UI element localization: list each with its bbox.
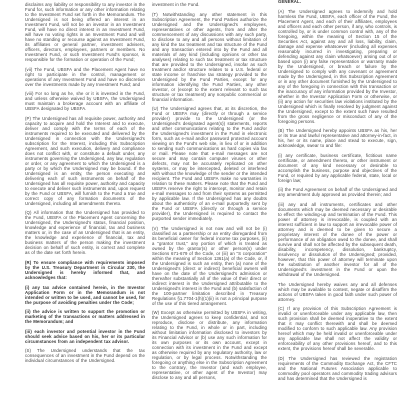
paragraph: (C) If any provision of this Subscriptio… — [278, 306, 397, 351]
paragraph: (ii) the advice is written to support th… — [25, 309, 145, 324]
paragraph: (R) To ensure compliance with requiremen… — [25, 260, 145, 280]
paragraph: (W) Except as otherwise permitted by UBS… — [152, 310, 267, 380]
paragraph: (i) any certificate, business certificat… — [278, 153, 397, 183]
paragraph: (P) The Undersigned has all requisite po… — [25, 116, 145, 206]
paragraph: (A) The Undersigned agrees to indemnify … — [278, 9, 397, 124]
paragraph: (iii) each investor and potential invest… — [25, 329, 145, 344]
paragraph: (iii) any and all instruments, certifica… — [278, 202, 397, 277]
section-heading: GENERAL. — [278, 0, 397, 4]
paragraph: disclaims any liability or responsibilit… — [25, 2, 145, 62]
paragraph: (B) The Undersigned hereby appoints UBSF… — [278, 128, 397, 148]
paragraph: (ii) the Fund Agreement on behalf of the… — [278, 187, 397, 197]
text-column-left: disclaims any liability or responsibilit… — [25, 2, 145, 368]
paragraph: (T) Notwithstanding any other statement … — [152, 12, 267, 102]
paragraph: (U) The Undersigned agrees that, at its … — [152, 106, 267, 221]
paragraph: (vii) The Fund, UBSFA and the Placement … — [25, 67, 145, 87]
text-column-right: GENERAL.(A) The Undersigned agrees to in… — [278, 0, 397, 385]
text-column-middle: investment in the Fund.(T) Notwithstandi… — [152, 2, 267, 385]
paragraph: The Undersigned hereby waives any and al… — [278, 282, 397, 302]
document-page: disclaims any liability or responsibilit… — [0, 0, 400, 400]
paragraph: investment in the Fund. — [152, 2, 267, 7]
paragraph: (V) The Undersigned is not now and will … — [152, 226, 267, 306]
paragraph: (S) The Undersigned understands that the… — [25, 348, 145, 363]
paragraph: (Q) All information that the Undersigned… — [25, 210, 145, 255]
paragraph: (viii) For so long as he, she or it is i… — [25, 91, 145, 111]
paragraph: (D) The Undersigned has reviewed the reg… — [278, 356, 397, 381]
paragraph: (i) any tax advice contained herein, in … — [25, 285, 145, 305]
